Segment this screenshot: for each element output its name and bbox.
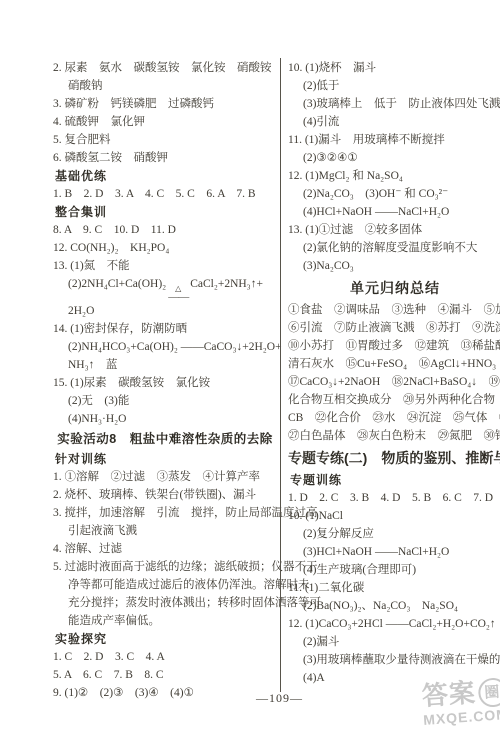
answer-line: 8. A 9. C 10. D 11. D: [53, 221, 277, 239]
answer-line: (3)玻璃棒上 低于 防止液体四处飞溅: [288, 95, 500, 113]
column-left: 2. 尿素 氨水 碳酸氢铵 氯化铵 硝酸铵硝酸钠3. 磷矿粉 钙镁磷肥 过磷酸钙…: [53, 59, 277, 702]
section-title: 实验活动8 粗盐中难溶性杂质的去除: [53, 428, 277, 450]
answer-line: 3. 磷矿粉 钙镁磷肥 过磷酸钙: [53, 95, 277, 113]
section-title: 专题专练(二) 物质的鉴别、推断与除杂: [288, 445, 500, 471]
answer-line: ⑩小苏打 ⑪胃酸过多 ⑫建筑 ⑬稀盐酸 ⑭澄: [288, 337, 500, 355]
answer-line: ①食盐 ②调味品 ③选种 ④漏斗 ⑤加速溶解: [288, 301, 500, 319]
answer-line: (2)氯化钠的溶解度受温度影响不大: [288, 239, 500, 257]
answer-line: 13. (1)氮 不能: [53, 257, 277, 275]
answer-line: NH₃↑ 蓝: [53, 356, 277, 374]
answer-line: 14. (1)密封保存，防潮防晒: [53, 320, 277, 338]
answer-line: 6. 磷酸氢二铵 硝酸钾: [53, 149, 277, 167]
answer-line: 净等都可能造成过滤后的液体仍浑浊。溶解时未: [53, 576, 277, 594]
answer-line: 4. 硫酸钾 氯化钾: [53, 113, 277, 131]
section-title: 单元归纳总结: [288, 275, 500, 301]
answer-line: 10. (1)NaCl: [288, 507, 500, 525]
answer-line: 能造成产率偏低。: [53, 612, 277, 630]
answer-page: 2. 尿素 氨水 碳酸氢铵 氯化铵 硝酸铵硝酸钠3. 磷矿粉 钙镁磷肥 过磷酸钙…: [0, 0, 500, 740]
watermark: 答案圈 MXQE.COM: [403, 674, 500, 730]
section-heading: 整合集训: [53, 203, 277, 221]
answer-line: 9. (1)② (2)③ (3)④ (4)①: [53, 684, 277, 702]
answer-line: 1. D 2. C 3. B 4. D 5. B 6. C 7. D 8. D …: [288, 489, 500, 507]
watermark-circle-badge: 圈: [477, 677, 500, 708]
answer-line: 5. 复合肥料: [53, 131, 277, 149]
answer-line: (2)③②④①: [288, 149, 500, 167]
answer-line: 10. (1)烧杯 漏斗: [288, 59, 500, 77]
answer-line: ⑥引流 ⑦防止液滴飞溅 ⑧苏打 ⑨洗涤剂: [288, 319, 500, 337]
page-number: —109—: [256, 691, 303, 706]
answer-line: (3)用玻璃棒蘸取少量待测液滴在干燥的 pH 试纸: [288, 651, 500, 669]
answer-line: (2)NH₄HCO₃+Ca(OH)₂ ——CaCO₃↓+2H₂O+: [53, 338, 277, 356]
answer-line: ㉗白色晶体 ㉘灰白色粉末 ㉙氮肥 ㉚钾肥: [288, 427, 500, 445]
answer-line: 3. 搅拌，加速溶解 引流 搅拌，防止局部温度过高: [53, 504, 277, 522]
answer-line: 5. A 6. C 7. B 8. C: [53, 666, 277, 684]
answer-line: 1. C 2. D 3. C 4. A: [53, 648, 277, 666]
answer-line: 引起液滴飞溅: [53, 522, 277, 540]
answer-line: 2H₂O: [53, 302, 277, 320]
answer-line: 5. 过滤时液面高于滤纸的边缘；滤纸破损；仪器不干: [53, 558, 277, 576]
answer-line: 13. (1)①过滤 ②较多固体: [288, 221, 500, 239]
answer-line: 2. 烧杯、玻璃棒、铁架台(带铁圈)、漏斗: [53, 486, 277, 504]
section-heading: 实验探究: [53, 630, 277, 648]
column-right: 10. (1)烧杯 漏斗(2)低于(3)玻璃棒上 低于 防止液体四处飞溅(4)引…: [288, 59, 500, 687]
reaction-condition-delta: △——: [168, 285, 188, 302]
watermark-brand-text: 答案: [421, 677, 477, 711]
answer-line: 4. 溶解、过滤: [53, 540, 277, 558]
answer-line: (2)漏斗: [288, 633, 500, 651]
answer-line: 硝酸钠: [53, 77, 277, 95]
answer-line: 充分搅拌；蒸发时液体溅出；转移时固体洒落等可: [53, 594, 277, 612]
section-heading: 基础优练: [53, 167, 277, 185]
answer-line: ⑰CaCO₃↓+2NaOH ⑱2NaCl+BaSO₄↓ ⑲两种: [288, 373, 500, 391]
answer-line: (2)无 (3)能: [53, 392, 277, 410]
column-divider: [280, 58, 281, 692]
answer-line: 12. CO(NH₂)₂ KH₂PO₄: [53, 239, 277, 257]
answer-line: CB ㉒化合价 ㉓水 ㉔沉淀 ㉕气体 ㉖复合肥: [288, 409, 500, 427]
answer-line: (4)HCl+NaOH ——NaCl+H₂O: [288, 203, 500, 221]
answer-line: 12. (1)CaCO₃+2HCl ——CaCl₂+H₂O+CO₂↑: [288, 615, 500, 633]
answer-line: (2)Ba(NO₃)₂、Na₂CO₃ Na₂SO₄: [288, 597, 500, 615]
answer-line: 11. (1)漏斗 用玻璃棒不断搅拌: [288, 131, 500, 149]
answer-line: 化合物互相交换成分 ⑳另外两种化合物 ㉑AD+: [288, 391, 500, 409]
answer-line: (4)引流: [288, 113, 500, 131]
section-heading: 专题训练: [288, 471, 500, 489]
answer-line: (2)2NH₄Cl+Ca(OH)₂△——CaCl₂+2NH₃↑+: [53, 275, 277, 302]
answer-line: 清石灰水 ⑮Cu+FeSO₄ ⑯AgCl↓+HNO₃: [288, 355, 500, 373]
answer-line: 1. B 2. D 3. A 4. C 5. C 6. A 7. B: [53, 185, 277, 203]
section-heading: 针对训练: [53, 450, 277, 468]
answer-line: (2)Na₂CO₃ (3)OH⁻ 和 CO₃²⁻: [288, 185, 500, 203]
answer-line: 12. (1)MgCl₂ 和 Na₂SO₄: [288, 167, 500, 185]
answer-line: (2)低于: [288, 77, 500, 95]
answer-line: (4)生产玻璃(合理即可): [288, 561, 500, 579]
answer-line: (2)复分解反应: [288, 525, 500, 543]
answer-line: (3)Na₂CO₃: [288, 257, 500, 275]
answer-line: (3)HCl+NaOH ——NaCl+H₂O: [288, 543, 500, 561]
answer-line: 15. (1)尿素 碳酸氢铵 氯化铵: [53, 374, 277, 392]
answer-line: 1. ①溶解 ②过滤 ③蒸发 ④计算产率: [53, 468, 277, 486]
answer-line: 2. 尿素 氨水 碳酸氢铵 氯化铵 硝酸铵: [53, 59, 277, 77]
answer-line: 11. (1)二氧化碳: [288, 579, 500, 597]
answer-line: (4)NH₃·H₂O: [53, 410, 277, 428]
